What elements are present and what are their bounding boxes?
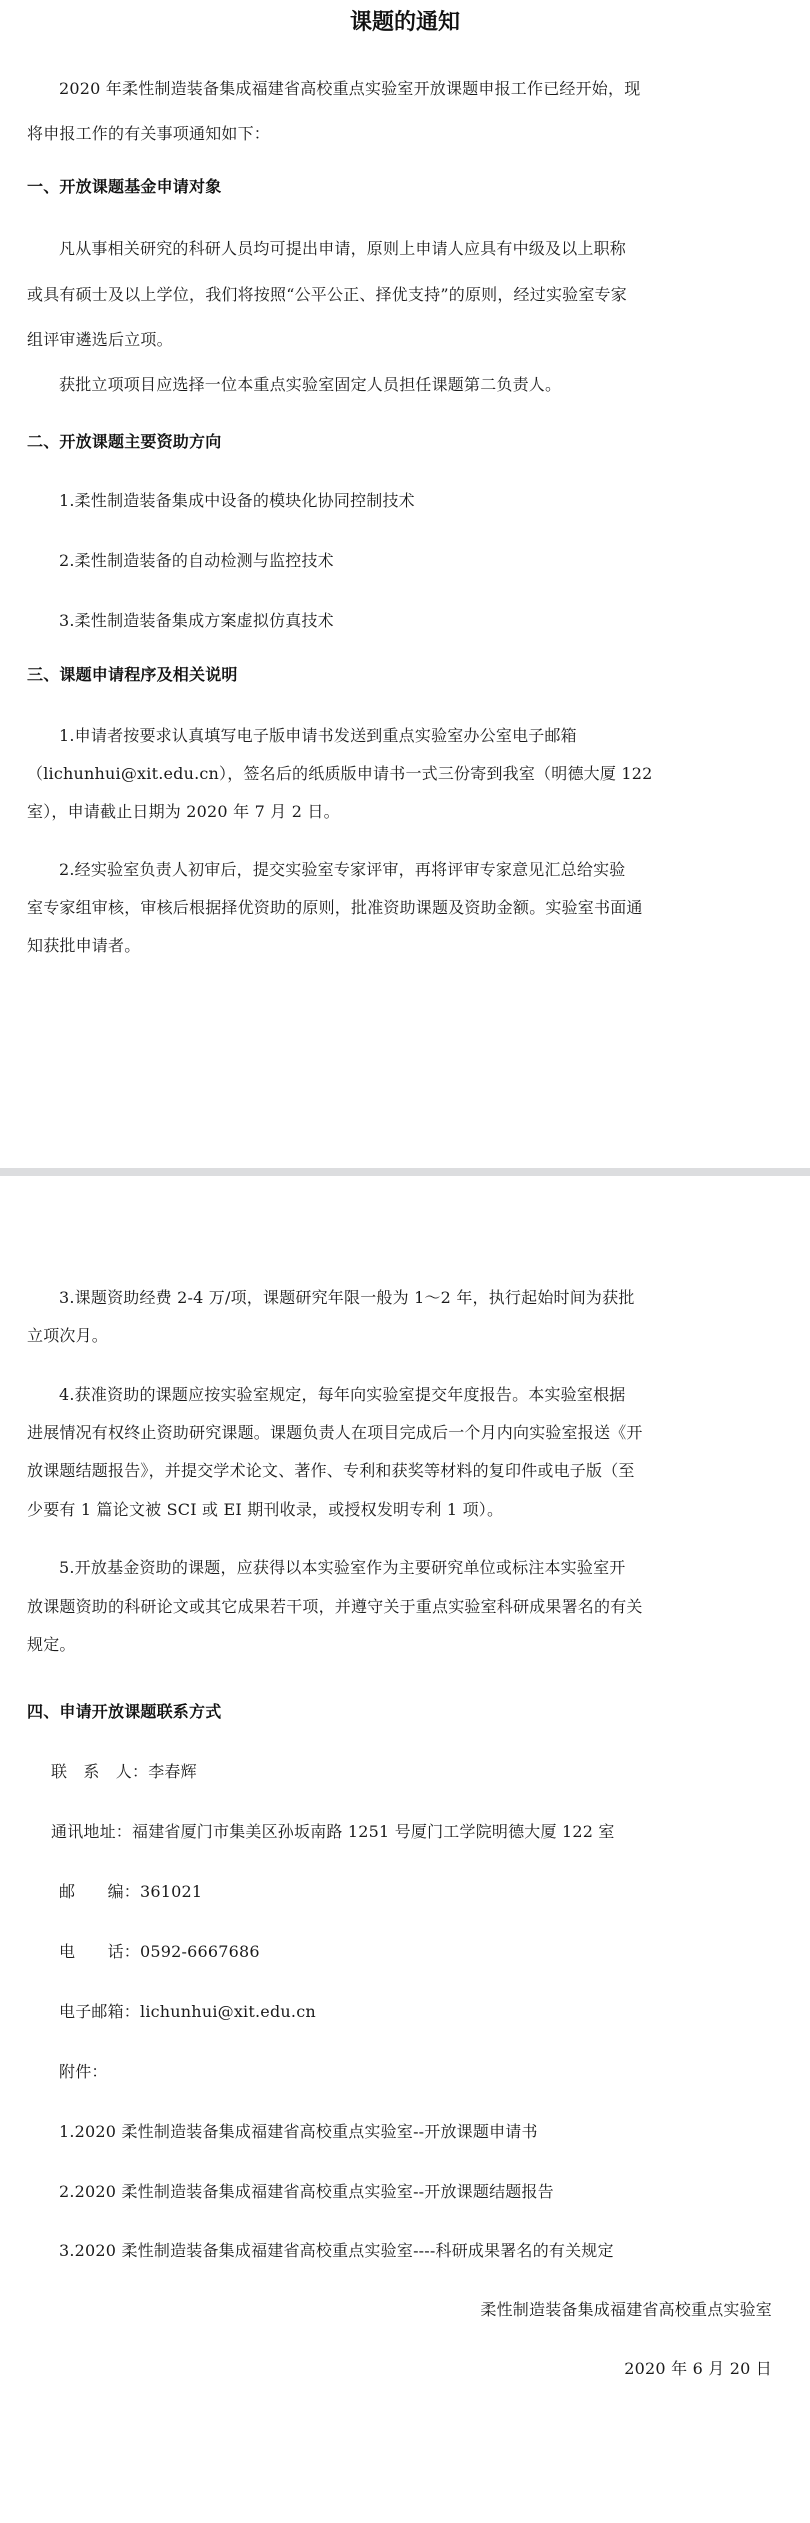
section-heading-2: 二、开放课题主要资助方向 <box>27 432 783 452</box>
contact-address: 通讯地址：福建省厦门市集美区孙坂南路 1251 号厦门工学院明德大厦 122 室 <box>51 1822 783 1842</box>
document-page-2: 3.课题资助经费 2-4 万/项，课题研究年限一般为 1～2 年，执行起始时间为… <box>0 1176 810 2523</box>
funding-direction-item: 1.柔性制造装备集成中设备的模块化协同控制技术 <box>59 491 783 511</box>
paragraph-line: 室），申请截止日期为 2020 年 7 月 2 日。 <box>27 802 783 822</box>
contact-person: 联 系 人：李春辉 <box>51 1762 783 1782</box>
paragraph-line: 5.开放基金资助的课题，应获得以本实验室作为主要研究单位或标注本实验室开 <box>59 1558 783 1578</box>
funding-direction-item: 3.柔性制造装备集成方案虚拟仿真技术 <box>59 611 783 631</box>
document-page-1: 课题的通知 2020 年柔性制造装备集成福建省高校重点实验室开放课题申报工作已经… <box>0 0 810 1168</box>
intro-line: 2020 年柔性制造装备集成福建省高校重点实验室开放课题申报工作已经开始，现 <box>59 79 783 99</box>
paragraph-line: 获批立项项目应选择一位本重点实验室固定人员担任课题第二负责人。 <box>59 375 783 395</box>
paragraph-line: 知获批申请者。 <box>27 936 783 956</box>
paragraph-line: 少要有 1 篇论文被 SCI 或 EI 期刊收录，或授权发明专利 1 项）。 <box>27 1500 783 1520</box>
contact-postcode: 邮 编：361021 <box>59 1882 783 1902</box>
attachment-item: 1.2020 柔性制造装备集成福建省高校重点实验室--开放课题申请书 <box>59 2122 783 2142</box>
paragraph-line: 3.课题资助经费 2-4 万/项，课题研究年限一般为 1～2 年，执行起始时间为… <box>59 1288 783 1308</box>
paragraph-line: 规定。 <box>27 1635 783 1655</box>
intro-line: 将申报工作的有关事项通知如下： <box>27 124 783 144</box>
attachment-item: 2.2020 柔性制造装备集成福建省高校重点实验室--开放课题结题报告 <box>59 2182 783 2202</box>
signature-date: 2020 年 6 月 20 日 <box>624 2359 772 2379</box>
contact-email: 电子邮箱：lichunhui@xit.edu.cn <box>59 2002 783 2022</box>
attachment-item: 3.2020 柔性制造装备集成福建省高校重点实验室----科研成果署名的有关规定 <box>59 2241 783 2261</box>
paragraph-line: 立项次月。 <box>27 1326 783 1346</box>
funding-direction-item: 2.柔性制造装备的自动检测与监控技术 <box>59 551 783 571</box>
paragraph-line: 室专家组审核，审核后根据择优资助的原则，批准资助课题及资助金额。实验室书面通 <box>27 898 783 918</box>
page-break-divider <box>0 1168 810 1176</box>
paragraph-line: 2.经实验室负责人初审后，提交实验室专家评审，再将评审专家意见汇总给实验 <box>59 860 783 880</box>
section-heading-4: 四、申请开放课题联系方式 <box>27 1702 783 1722</box>
paragraph-line: 组评审遴选后立项。 <box>27 330 783 350</box>
document-title: 课题的通知 <box>0 9 810 37</box>
paragraph-line: 放课题结题报告》，并提交学术论文、著作、专利和获奖等材料的复印件或电子版（至 <box>27 1461 783 1481</box>
contact-phone: 电 话：0592-6667686 <box>59 1942 783 1962</box>
signature-organization: 柔性制造装备集成福建省高校重点实验室 <box>480 2300 772 2320</box>
paragraph-line: （lichunhui@xit.edu.cn），签名后的纸质版申请书一式三份寄到我… <box>27 764 783 784</box>
paragraph-line: 放课题资助的科研论文或其它成果若干项，并遵守关于重点实验室科研成果署名的有关 <box>27 1597 783 1617</box>
paragraph-line: 凡从事相关研究的科研人员均可提出申请，原则上申请人应具有中级及以上职称 <box>59 239 783 259</box>
paragraph-line: 4.获准资助的课题应按实验室规定，每年向实验室提交年度报告。本实验室根据 <box>59 1385 783 1405</box>
attachments-label: 附件： <box>59 2062 783 2082</box>
paragraph-line: 或具有硕士及以上学位，我们将按照“公平公正、择优支持”的原则，经过实验室专家 <box>27 285 783 305</box>
paragraph-line: 进展情况有权终止资助研究课题。课题负责人在项目完成后一个月内向实验室报送《开 <box>27 1423 783 1443</box>
section-heading-3: 三、课题申请程序及相关说明 <box>27 665 783 685</box>
section-heading-1: 一、开放课题基金申请对象 <box>27 177 783 197</box>
paragraph-line: 1.申请者按要求认真填写电子版申请书发送到重点实验室办公室电子邮箱 <box>59 726 783 746</box>
